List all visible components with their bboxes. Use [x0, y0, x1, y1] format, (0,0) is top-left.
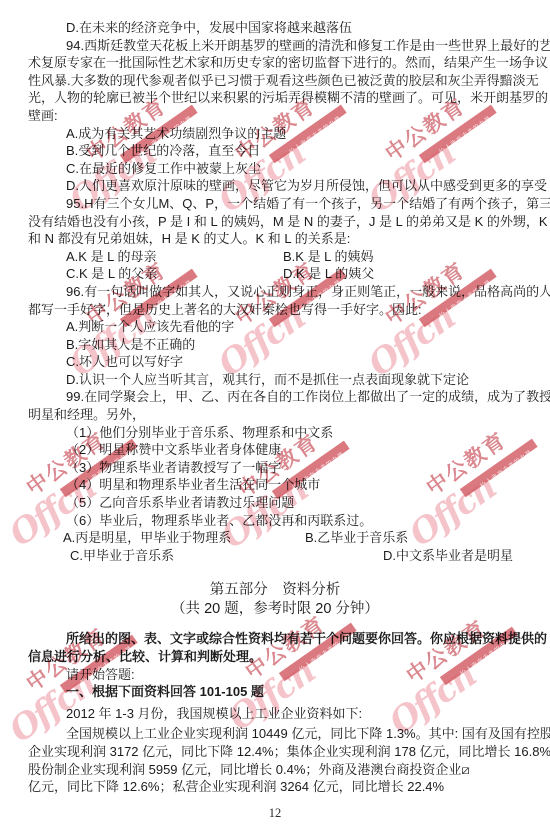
option-row: C.K 是 L 的父亲D.K 是 L 的姨父 [28, 265, 522, 283]
text-line: 2012 年 1-3 月份，我国规模以上工业企业资料如下: [28, 705, 522, 723]
option-row: A.K 是 L 的母亲B.K 是 L 的姨妈 [28, 248, 522, 266]
text-line: 99.在同学聚会上，甲、乙、丙在各自的工作岗位上都做出了一定的成绩，成为了教授、 [28, 388, 522, 406]
text-line: （4）明星和物理系毕业者生活在同一个城市 [28, 476, 522, 494]
spacer [28, 619, 522, 630]
section-heading: 第五部分 资料分析 [28, 581, 522, 600]
text-line: A.判断一个人应该先看他的字 [28, 318, 522, 336]
text-line: 术复原专家在一批国际性艺术家和历史专家的密切监督下进行的。然而，结果产生一场争议 [28, 54, 522, 72]
section-heading: （共 20 题，参考时限 20 分钟） [28, 600, 522, 619]
text-line: 壁画: [28, 107, 522, 125]
option-left: C.K 是 L 的父亲 [66, 266, 157, 281]
text-line: B.受到几个世纪的冷落，直至今日 [28, 142, 522, 160]
text-line: D.人们更喜欢原汁原味的壁画，尽管它为岁月所侵蚀，但可以从中感受到更多的享受 [28, 177, 522, 195]
text-line: 亿元，同比下降 12.6%；私营企业实现利润 3264 亿元，同比增长 22.4… [28, 778, 522, 796]
text-line: 请开始答题: [28, 666, 522, 684]
text-line: 94.西斯廷教堂天花板上米开朗基罗的壁画的清洗和修复工作是由一些世界上最好的艺 [28, 37, 522, 55]
text-line: （1）他们分别毕业于音乐系、物理系和中文系 [28, 424, 522, 442]
text-line: 没有结婚也没有小孩，P 是 I 和 L 的姨妈，M 是 N 的妻子，J 是 L … [28, 213, 522, 231]
text-line: （5）乙向音乐系毕业者请教过乐理问题 [28, 494, 522, 512]
text-line: D.在未来的经济竞争中，发展中国家将越来越落伍 [28, 19, 522, 37]
exam-page: D.在未来的经济竞争中，发展中国家将越来越落伍94.西斯廷教堂天花板上米开朗基罗… [0, 0, 550, 836]
text-line: （3）物理系毕业者请教授写了一幅字 [28, 459, 522, 477]
exam-text-body: D.在未来的经济竞争中，发展中国家将越来越落伍94.西斯廷教堂天花板上米开朗基罗… [28, 19, 522, 796]
text-line: B.字如其人是不正确的 [28, 336, 522, 354]
text-line: D.认识一个人应当听其言，观其行，而不是抓住一点表面现象就下定论 [28, 371, 522, 389]
option-left: A.K 是 L 的母亲 [66, 249, 157, 264]
text-line: 信息进行分析、比较、计算和判断处理。 [28, 648, 522, 666]
text-line: （2）明星称赞中文系毕业者身体健康 [28, 441, 522, 459]
option-left: C.甲毕业于音乐系 [70, 548, 174, 563]
option-right: D.中文系毕业者是明星 [383, 547, 513, 565]
option-right: B.乙毕业于音乐系 [305, 529, 408, 547]
text-line: 性风暴.大多数的现代参观者似乎已习惯于观看这些颜色已被泛黄的胶层和灰尘弄得黯淡无 [28, 72, 522, 90]
text-line: 95.H有三个女儿M、Q、P，一个结婚了有一个孩子，另一个结婚了有两个孩子，第三… [28, 195, 522, 213]
text-line: 明星和经理。另外， [28, 406, 522, 424]
text-line: 96.有一句话叫做字如其人，又说心正则身正，身正则笔正，一般来说，品格高尚的人 [28, 283, 522, 301]
text-line: 都写一手好字，但是历史上著名的大汉奸秦桧也写得一手好字。因此: [28, 301, 522, 319]
option-right: B.K 是 L 的姨妈 [283, 248, 374, 266]
text-line: 光，人物的轮廓已被半个世纪以来积累的污垢弄得模糊不清的壁画了。可见，米开朗基罗的 [28, 89, 522, 107]
option-row: A.丙是明星，甲毕业于物理系B.乙毕业于音乐系 [28, 529, 522, 547]
text-line: A.成为有关其艺术功绩剧烈争议的主题 [28, 125, 522, 143]
text-line: 企业实现利润 3172 亿元，同比下降 12.4%；集体企业实现利润 178 亿… [28, 743, 522, 761]
text-line: 和 N 都没有兄弟姐妹，H 是 K 的丈人。K 和 L 的关系是: [28, 230, 522, 248]
option-right: D.K 是 L 的姨父 [283, 265, 374, 283]
text-line: C.在最近的修复工作中被蒙上灰尘 [28, 160, 522, 178]
option-left: A.丙是明星，甲毕业于物理系 [63, 530, 231, 545]
text-line: 所给出的图、表、文字或综合性资料均有若干个问题要你回答。你应根据资料提供的 [28, 630, 522, 648]
text-line: 一、根据下面资料回答 101-105 题 [28, 683, 522, 701]
text-line: 全国规模以上工业企业实现利润 10449 亿元，同比下降 1.3%。其中: 国有… [28, 725, 522, 743]
page-number: 12 [0, 806, 550, 821]
text-line: 股份制企业实现利润 5959 亿元，同比增长 0.4%；外商及港澳台商投资企业⧄ [28, 761, 522, 779]
spacer [28, 564, 522, 581]
text-line: （6）毕业后，物理系毕业者、乙都没再和丙联系过。 [28, 512, 522, 530]
option-row: C.甲毕业于音乐系D.中文系毕业者是明星 [28, 547, 522, 565]
text-line: C.坏人也可以写好字 [28, 353, 522, 371]
